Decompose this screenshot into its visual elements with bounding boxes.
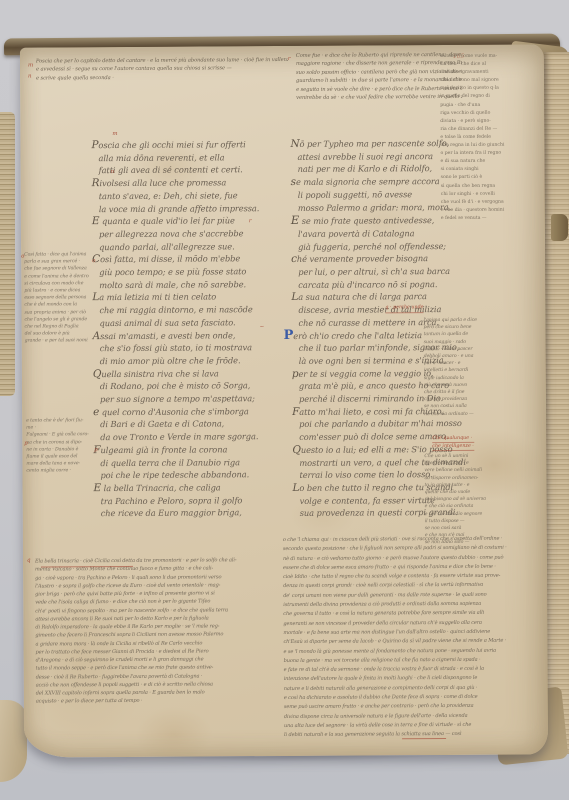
rubric-mark-n2: n xyxy=(111,169,115,175)
rubric-mark-p1: p xyxy=(24,441,28,447)
verse-line: molto sarà di male, che nō sarebbe. xyxy=(99,278,287,292)
rubric-mark-o2: o xyxy=(92,258,95,264)
verse-line: quando parlai, all'allegrezze sue. xyxy=(99,240,287,254)
rubric-mark-r1: r xyxy=(288,56,291,62)
verse-line: tra Pachino e Peloro, sopra il golfo xyxy=(101,494,289,508)
gloss-line: grande · e per tal suoi nomi xyxy=(25,338,101,346)
verse-line: nati per me di Karlo e di Ridolfo, xyxy=(298,162,478,176)
verse-line: che riceve da Euro maggior briga, xyxy=(101,506,289,520)
verse-line: alla mia dōna reverenti, et ella xyxy=(98,151,286,165)
verse-line: di mio amor più oltre che le frōde. xyxy=(100,354,288,368)
verse-line: Rivolsesi alla luce che promessa xyxy=(92,176,287,190)
rubric-mark-r2: r xyxy=(249,218,252,224)
rubric-mark-o1: o xyxy=(21,254,24,260)
verse-line: di quella terra che il Danubio riga xyxy=(100,456,288,470)
verse-line: Poscia che gli occhi miei si fur offerti xyxy=(91,138,286,152)
commentary-line: secondo questa posizione · che li figliu… xyxy=(283,544,543,555)
verse-line: ché veramente proveder bisogna xyxy=(291,252,478,266)
verse-line: giù poco tempo; e se più fosse stato xyxy=(99,265,287,279)
bottom-commentary-right: o che 'l chiama qui · in ciascun delli p… xyxy=(283,534,544,744)
rubric-tick-blue-initial: ~ xyxy=(260,324,265,330)
verse-line: Fulgeami già in fronte la corona xyxy=(93,443,288,457)
verse-line: per lui, o per altrui, sì ch'a sua barca xyxy=(298,265,478,279)
rubric-mark-m2: m xyxy=(112,131,117,137)
verse-line: mosso Palermo a gridar: mora, mora. xyxy=(298,200,478,214)
verse-line: Così fatta, mi disse, il mōdo m'ebbe xyxy=(92,252,287,266)
verse-line: la voce mia di grande affetto impressa. xyxy=(99,201,287,215)
gloss-line: nè che sia ordinato — xyxy=(424,410,538,418)
header-gloss-left: Poscia che per lo capitolo detto del can… xyxy=(36,56,288,88)
bookmark-tab xyxy=(551,214,568,241)
verse-line: se mala signoria che sempre accora xyxy=(291,175,478,189)
left-page-stack-edge xyxy=(0,112,15,396)
verse-line: tanto s'avea, e: Deh, chi siete, fue xyxy=(99,189,287,203)
commentary-line: acquisto · e per lo diece per tutta al t… xyxy=(36,696,286,706)
margin-gloss-left-2: e tanto che è de' fiori fiu-me ·Fulgeami… xyxy=(26,417,102,479)
right-page-stack-edge xyxy=(544,52,569,754)
verse-line: che s'io fossi giù stato, io ti mostrava xyxy=(100,341,288,355)
rubric-mark-n: n xyxy=(28,74,32,80)
verse-line: poi che le ripe tedesche abbandona. xyxy=(100,468,288,482)
verse-line: Assai m'amasti, e avesti ben onde, xyxy=(93,329,288,343)
verse-line: li popoli suggetti, nō avesse xyxy=(298,188,478,202)
verse-line: fatti gli avea di sé contenti et certi. xyxy=(99,163,287,177)
gloss-heading-line: che intelligenze · xyxy=(432,443,474,451)
verse-line: E se mio frate questo antivedesse, xyxy=(291,213,478,228)
verse-line: già fuggeria, perché nol offendesse; xyxy=(298,239,478,253)
manuscript-photo: 105 Poscia che per lo capitolo detto del… xyxy=(0,0,569,800)
verse-line: Nō per Typheo ma per nascente solfo, xyxy=(290,137,477,151)
margin-gloss-right-1: l'anima qui parla e diceperò che sicuro … xyxy=(423,316,538,425)
verse-line: per allegrezza nova che s'accrebbe xyxy=(99,227,287,241)
rubric-mark-q1: q xyxy=(27,558,31,564)
verse-line: La mia letizia mi ti tien celato xyxy=(92,290,287,304)
rubric-mark-m: m xyxy=(28,63,33,69)
gloss-line: e scrive quale quella seconda · xyxy=(36,73,288,83)
header-gloss-right: Come fue · e dice che lo Ruberto qui rip… xyxy=(296,51,462,106)
verse-line: E la bella Trinacria, che caliga xyxy=(93,481,288,495)
verse-line: per suo signore a tempo m'aspettava; xyxy=(100,392,288,406)
verse-line: di Rodano, poi che è misto cō Sorga, xyxy=(100,379,288,393)
commentary-line: ch'Esaù si diparte per seme da Iacob · e… xyxy=(283,637,543,648)
margin-gloss-left-1: Così fatta · dice qui l'animaparla e sua… xyxy=(24,251,101,347)
gloss-heading-line: Che qualunque · xyxy=(432,435,474,443)
verse-line: l'avara povertà di Catalogna xyxy=(298,227,478,241)
verse-line: che mi raggia dintorno, e mi nascōde xyxy=(99,303,287,317)
verse-line: La sua natura che di larga parca xyxy=(291,290,478,304)
verse-line: attesi avrebbe li suoi regi ancora xyxy=(297,150,477,164)
gloss-line: cento miglia corre · xyxy=(26,468,102,476)
verse-line: e quel corno d'Ausonia che s'imborga xyxy=(93,405,288,419)
bottom-commentary-left: Ela bella trinacria · cioè Cicilia così … xyxy=(35,556,286,710)
gloss-heading-red-1: q · perche unde xyxy=(385,305,423,313)
gloss-line: venirebbe da sè · e che vuol fedire che … xyxy=(296,93,462,102)
verse-line: di Bari e di Gaeta e di Catona, xyxy=(100,417,288,431)
verse-line: carcata più d'incarco nō si pogna. xyxy=(298,278,478,292)
gloss-heading-red-2: Che qualunque ·che intelligenze · xyxy=(432,435,474,452)
verse-line: da ove Tronto e Verde in mare sgorga. xyxy=(100,430,288,444)
verse-line: E quanta e quale vid'io lei far piùe xyxy=(92,214,287,228)
parchment-page: 105 Poscia che per lo capitolo detto del… xyxy=(20,44,548,757)
verse-line: Quella sinistra riva che si lava xyxy=(93,367,288,381)
rubric-mark-p2: p xyxy=(94,447,98,453)
